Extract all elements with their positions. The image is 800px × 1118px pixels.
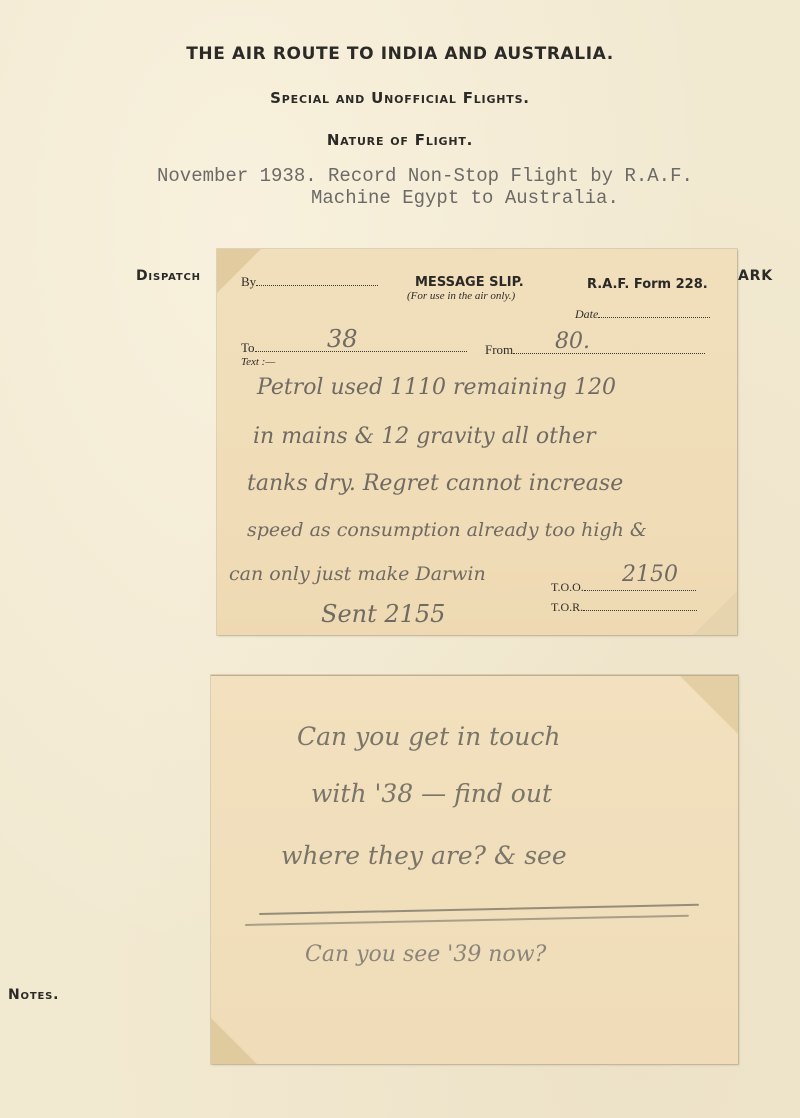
from-label: From: [485, 342, 513, 357]
by-field: By: [241, 274, 378, 290]
note-after-rule: Can you see '39 now?: [305, 942, 546, 967]
note-line-1: Can you get in touch: [297, 722, 560, 751]
message-slip-raf-form-228: By MESSAGE SLIP. (For use in the air onl…: [217, 249, 737, 635]
to-value-handwritten: 38: [327, 325, 358, 353]
photo-corner-top-right: [680, 676, 738, 734]
message-slip-title: MESSAGE SLIP.: [415, 275, 524, 290]
from-dotted-line: [513, 352, 705, 354]
photo-corner-bottom-left: [211, 1018, 257, 1064]
too-dotted-line: [584, 589, 696, 591]
tor-label: T.O.R.: [551, 600, 583, 614]
postmark-label-fragment: ark: [738, 268, 773, 284]
from-field: From: [485, 342, 705, 358]
date-label: Date: [575, 307, 598, 321]
dispatch-label: Dispatch: [136, 268, 201, 284]
handwritten-note-slip: Can you get in touch with '38 — find out…: [211, 675, 738, 1064]
page-title: THE AIR ROUTE TO INDIA AND AUSTRALIA.: [0, 44, 800, 64]
note-line-3: where they are? & see: [281, 841, 567, 870]
page-subtitle: Special and Unofficial Flights.: [0, 89, 800, 107]
too-value-handwritten: 2150: [622, 562, 678, 587]
typed-description-line-1: November 1938. Record Non-Stop Flight by…: [157, 165, 693, 187]
to-dotted-line: [255, 350, 467, 352]
date-field: Date: [575, 307, 710, 322]
note-line-2: with '38 — find out: [311, 779, 552, 808]
pencil-rule-lower: [245, 915, 689, 926]
typed-description-line-2: Machine Egypt to Australia.: [311, 187, 619, 209]
form-number: R.A.F. Form 228.: [587, 277, 708, 292]
by-dotted-line: [256, 284, 378, 286]
message-line-2: in mains & 12 gravity all other: [253, 424, 596, 449]
section-heading: Nature of Flight.: [0, 131, 800, 149]
message-line-4: speed as consumption already too high &: [247, 519, 647, 541]
tor-field: T.O.R.: [551, 600, 697, 615]
too-label: T.O.O.: [551, 580, 584, 594]
notes-label: Notes.: [8, 987, 59, 1003]
from-value-handwritten: 80.: [555, 329, 590, 354]
message-line-3: tanks dry. Regret cannot increase: [247, 471, 623, 496]
message-line-1: Petrol used 1110 remaining 120: [257, 375, 616, 400]
sent-time-note: Sent 2155: [321, 600, 445, 628]
tor-dotted-line: [583, 609, 697, 611]
photo-corner-bottom-right: [693, 591, 737, 635]
by-label: By: [241, 274, 256, 289]
to-label: To: [241, 340, 255, 355]
message-line-5: can only just make Darwin: [229, 563, 486, 585]
text-label: Text :—: [241, 356, 275, 368]
pencil-rule-upper: [259, 904, 699, 915]
date-dotted-line: [598, 316, 710, 318]
message-slip-subtitle: (For use in the air only.): [407, 290, 515, 302]
